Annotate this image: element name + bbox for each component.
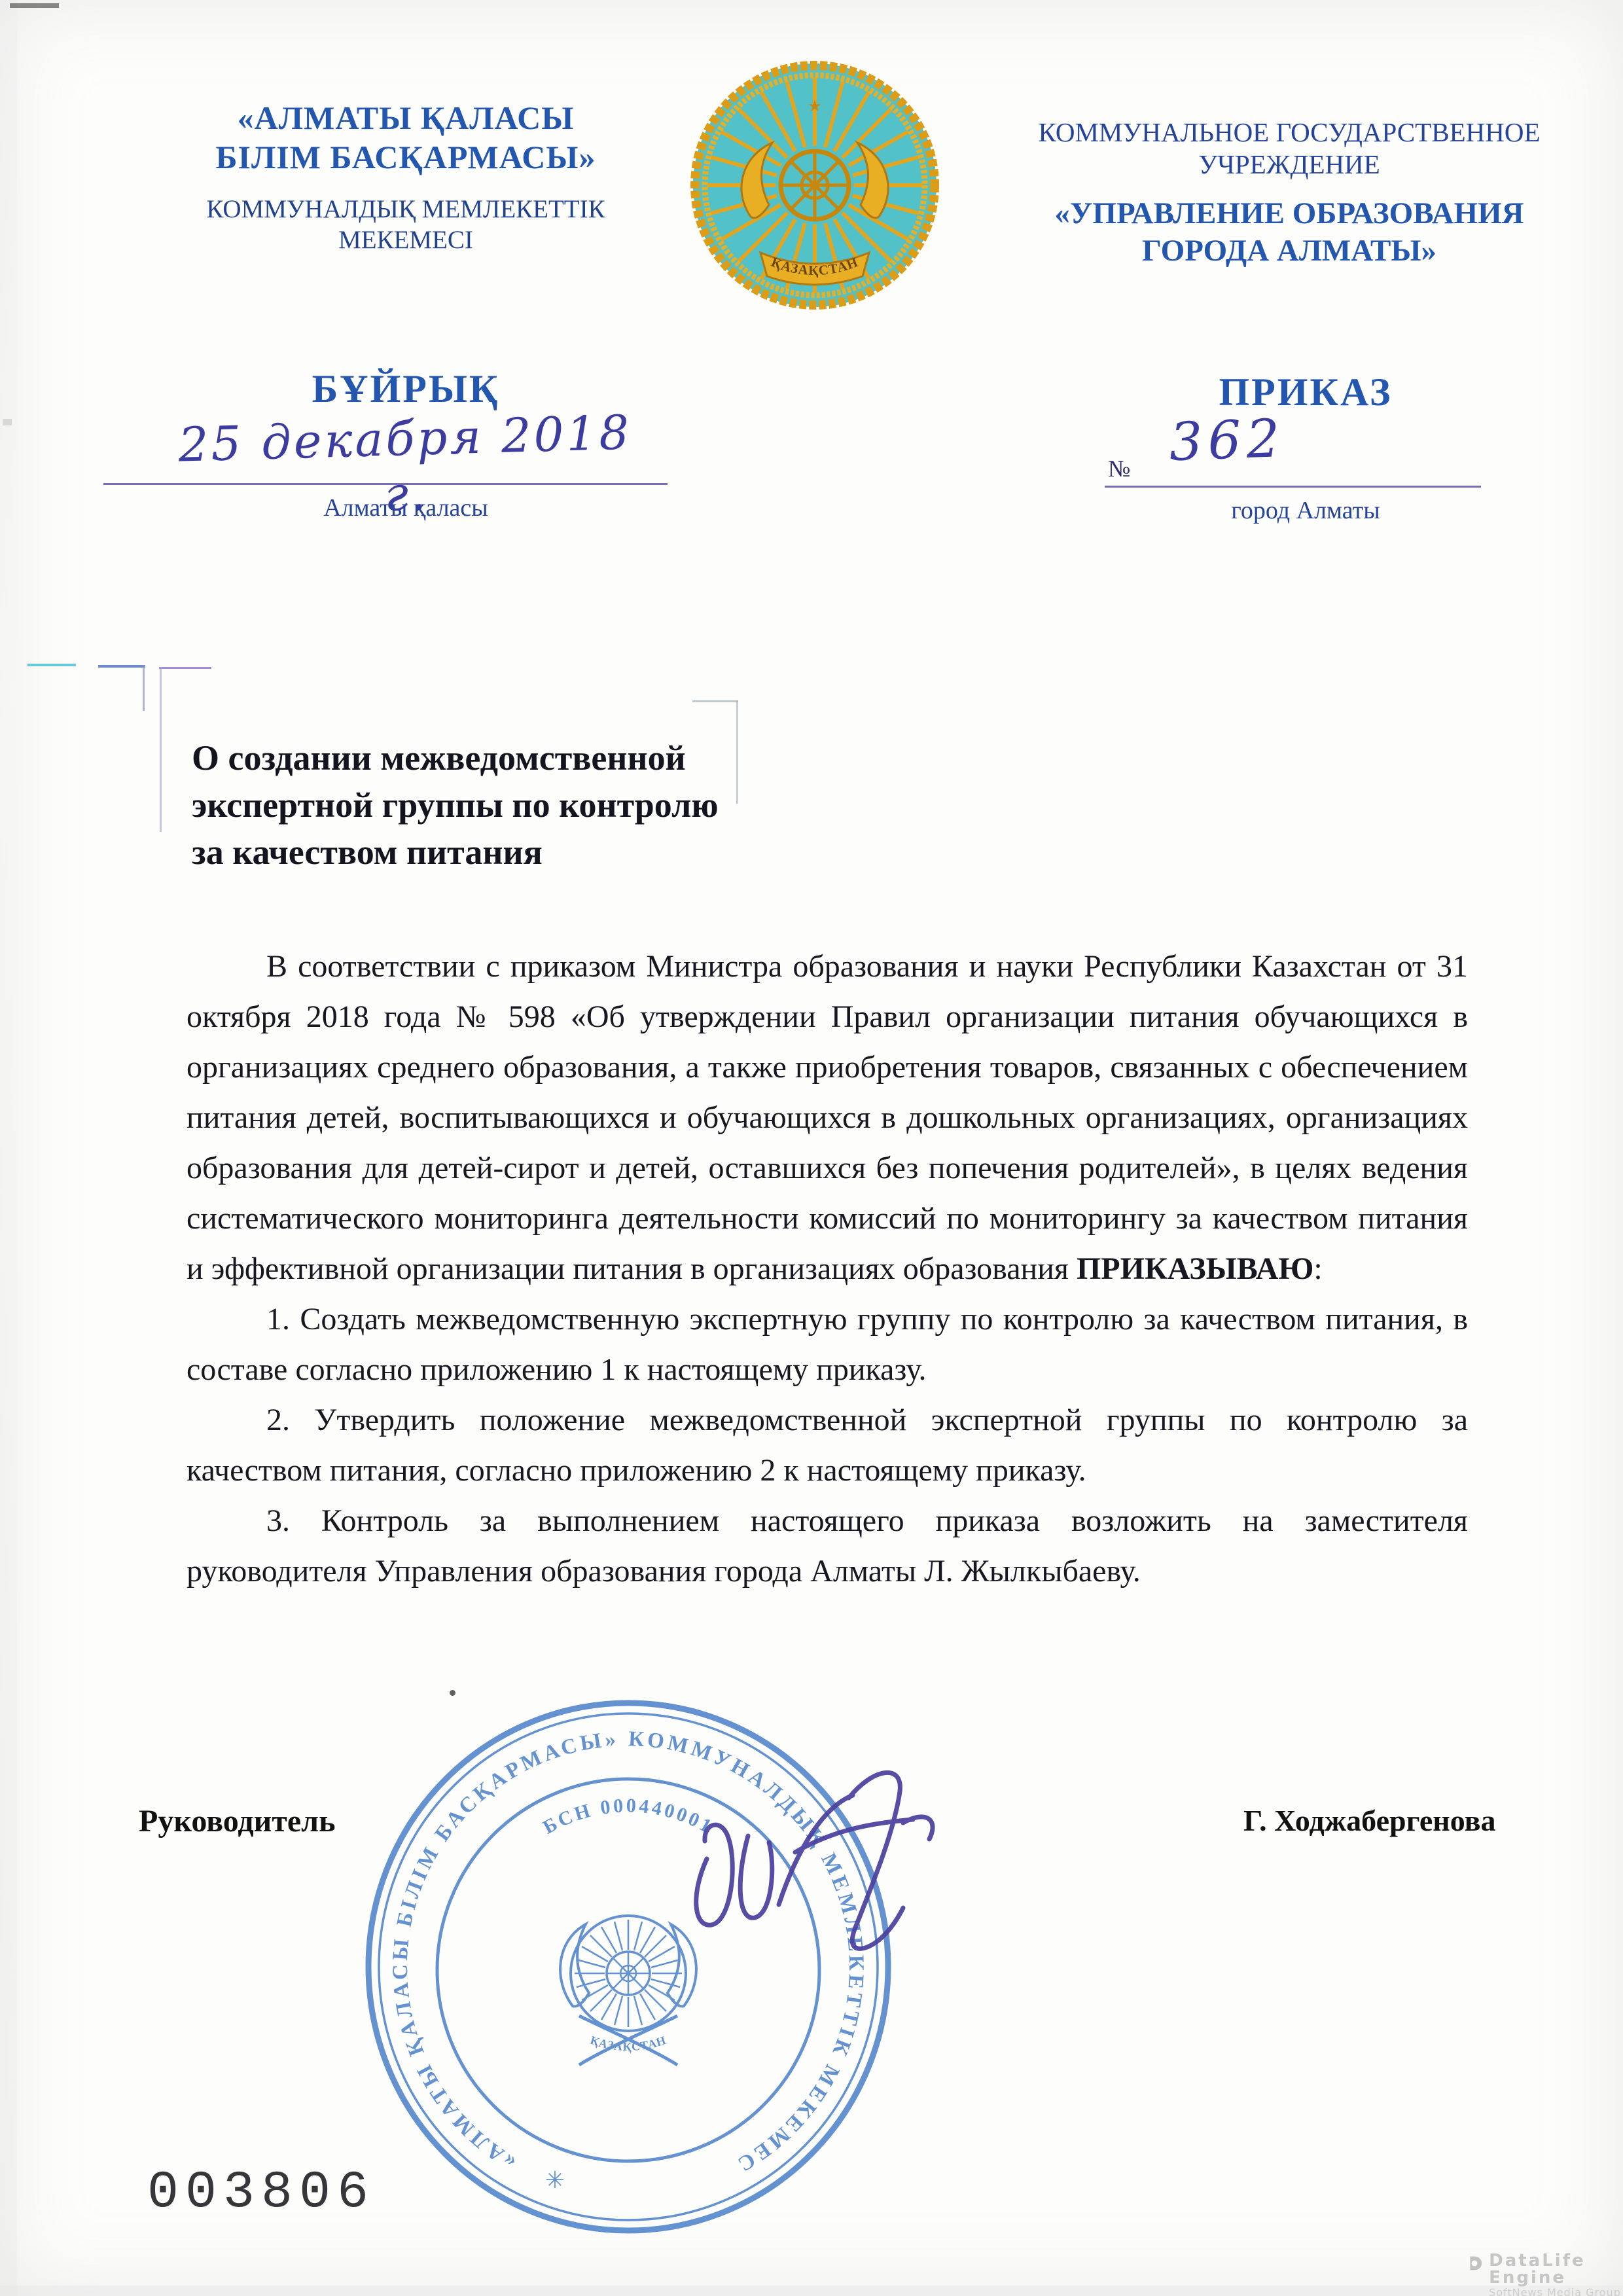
stamp-star-icon: ✳ [545, 2167, 565, 2193]
org-name-kk-line2: БІЛІМ БАСҚАРМАСЫ» [167, 137, 645, 177]
place-label-ru: город Алматы [1106, 496, 1505, 525]
handwritten-signature [677, 1731, 939, 1954]
watermark-subtitle: SoftNews Media Group [1489, 2286, 1623, 2296]
scan-speck [10, 3, 59, 8]
ordering-word: ПРИКАЗЫВАЮ [1077, 1251, 1313, 1286]
order-subject: О создании межведомственной экспертной г… [192, 734, 833, 876]
preamble-paragraph: В соответствии с приказом Министра образ… [187, 941, 1468, 1294]
scanned-order-document: «АЛМАТЫ ҚАЛАСЫ БІЛІМ БАСҚАРМАСЫ» КОММУНА… [0, 0, 1623, 2296]
date-underline [103, 483, 668, 485]
org-type-ru-line2: УЧРЕЖДЕНИЕ [1011, 149, 1567, 181]
subject-line1: О создании межведомственной [192, 734, 833, 781]
subject-line3: за качеством питания [192, 829, 833, 876]
datalife-logo-icon [1467, 2252, 1484, 2274]
scan-corner-mark [143, 665, 145, 711]
svg-text:ҚАЗАҚСТАН: ҚАЗАҚСТАН [588, 2034, 668, 2053]
scan-edge-noise-left [0, 0, 17, 2296]
org-name-kk-line1: «АЛМАТЫ ҚАЛАСЫ [167, 98, 645, 137]
org-type-ru-line1: КОММУНАЛЬНОЕ ГОСУДАРСТВЕННОЕ [1011, 117, 1567, 149]
ordering-colon: : [1313, 1251, 1322, 1286]
datalife-watermark: DataLife Engine SoftNews Media Group [1467, 2252, 1623, 2296]
scan-corner-mark [98, 665, 145, 668]
signer-name: Г. Ходжабергенова [1243, 1803, 1495, 1838]
scan-corner-mark [27, 664, 76, 666]
signer-position: Руководитель [139, 1803, 336, 1839]
handwritten-order-number: 362 [1141, 406, 1313, 473]
org-name-ru-line2: ГОРОДА АЛМАТЫ» [1011, 232, 1567, 270]
preamble-text: В соответствии с приказом Министра образ… [187, 949, 1468, 1286]
scan-speck [450, 1690, 455, 1696]
scan-speck [3, 419, 12, 425]
number-underline [1105, 486, 1481, 488]
org-name-ru-line1: «УПРАВЛЕНИЕ ОБРАЗОВАНИЯ [1011, 195, 1567, 232]
order-body: В соответствии с приказом Министра образ… [187, 941, 1468, 1596]
scan-corner-mark [692, 700, 738, 702]
watermark-title: DataLife Engine [1489, 2252, 1623, 2286]
place-label-kk: Алматы қаласы [167, 493, 645, 522]
stamp-center-banner-text: ҚАЗАҚСТАН [588, 2034, 668, 2053]
emblem-star-icon: ★ [808, 98, 822, 115]
letterhead-kazakh: «АЛМАТЫ ҚАЛАСЫ БІЛІМ БАСҚАРМАСЫ» КОММУНА… [167, 98, 645, 255]
scan-corner-mark [160, 667, 162, 832]
org-type-kk-line1: КОММУНАЛДЫҚ МЕМЛЕКЕТТІК [167, 194, 645, 224]
order-title-kk: БҰЙРЫҚ [167, 367, 645, 412]
subject-line2: экспертной группы по контролю [192, 781, 833, 829]
document-serial-number: 003806 [147, 2163, 375, 2223]
order-number-sign: № [1108, 455, 1130, 482]
directive-item-2: 2. Утвердить положение межведомственной … [187, 1395, 1468, 1496]
scan-corner-mark [159, 667, 211, 669]
org-type-kk-line2: МЕКЕМЕСІ [167, 224, 645, 255]
kazakhstan-state-emblem: ★ ҚАЗАҚСТАН [687, 58, 942, 313]
letterhead-russian: КОММУНАЛЬНОЕ ГОСУДАРСТВЕННОЕ УЧРЕЖДЕНИЕ … [1011, 117, 1567, 270]
scan-edge-noise-bottom [0, 2286, 1623, 2296]
directive-item-1: 1. Создать межведомственную экспертную г… [187, 1294, 1468, 1395]
directive-item-3: 3. Контроль за выполнением настоящего пр… [187, 1496, 1468, 1596]
